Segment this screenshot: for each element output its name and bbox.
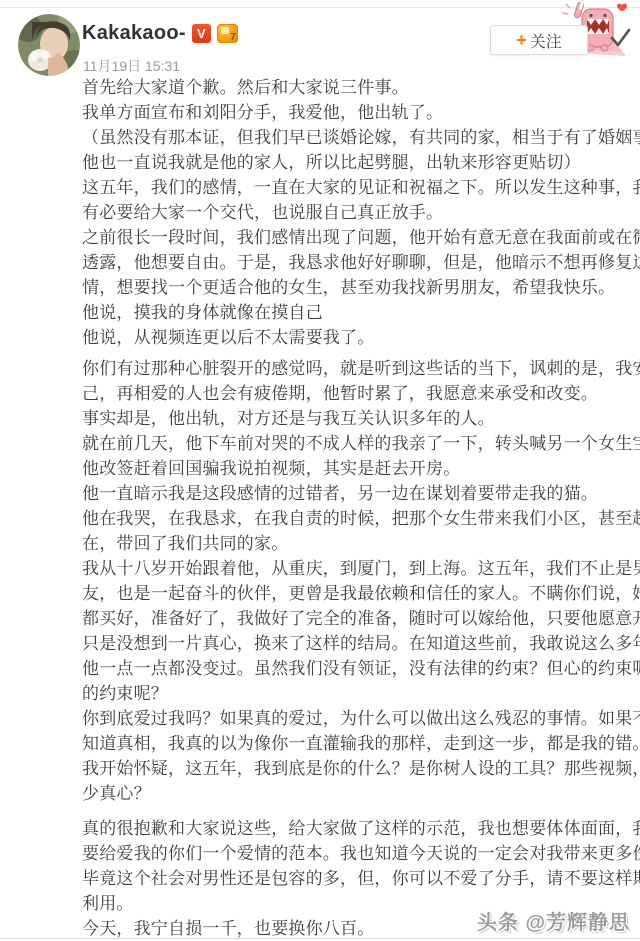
follow-button-label: 关注 [530,29,562,52]
follow-button[interactable]: + 关注 [490,25,588,55]
award-badge-icon: 7 [217,24,238,43]
post-content: 首先给大家道个歉。然后和大家说三件事。 我单方面宣布和刘阳分手，我爱他，他出轨了… [82,75,617,941]
post-text-line: 都买好，准备好了，我做好了完全的准备，随时可以嫁给他，只要他愿意开口。 [82,606,617,631]
post-text-line: 他在我哭，在我恳求，在我自责的时候，把那个女生带来我们小区，甚至趁我不 [82,506,617,531]
avatar[interactable] [18,14,80,76]
post-text-line: 我从十八岁开始跟着他，从重庆，到厦门，到上海。这五年，我们不止是男女朋 [82,556,617,581]
post-text-line: 之前很长一段时间，我们感情出现了问题，他开始有意无意在我面前或在微博上 [82,225,617,250]
follow-plus-icon: + [516,31,527,49]
post-text-line: 他改签赶着回国骗我说拍视频，其实是赶去开房。 [82,456,617,481]
post-text-line: 己，再相爱的人也会有疲倦期，他暂时累了，我愿意来承受和改变。 [82,381,617,406]
post-text-line: 情，想要找一个更适合他的女生，甚至劝我找新男朋友，希望我快乐。 [82,275,617,300]
post-text-line: 真的很抱歉和大家说这些，给大家做了这样的示范，我也想要体体面面，我也想 [82,816,617,841]
post-timestamp: 11月19日 15:31 [83,56,180,76]
bottom-divider [0,938,640,939]
post-text-line: 他说，摸我的身体就像在摸自己 [82,300,617,325]
post-text-line: 他说，从视频连更以后不太需要我了。 [82,325,617,350]
post-text-line: 毕竟这个社会对男性还是包容的多，但，你可以不爱了分手，请不要这样欺骗和 [82,866,617,891]
award-badge-number: 7 [230,32,236,43]
user-name-row: Kakakaoo- V 7 [82,22,238,45]
post-text-line: 要给爱我的你们一个爱情的范本。我也知道今天说的一定会对我带来更多伤害， [82,841,617,866]
username[interactable]: Kakakaoo- [82,22,186,45]
toutiao-watermark: 头条 @芳辉静思 [477,906,630,935]
avatar-photo [18,14,80,76]
post-text-line: 只是没想到一片真心，换来了这样的结局。在知道这些前，我敢说这么多年我对 [82,631,617,656]
post-text-line: 事实却是，他出轨，对方还是与我互关认识多年的人。 [82,406,617,431]
post-text-line: 有必要给大家一个交代，也说服自己真正放手。 [82,200,617,225]
verified-v-icon: V [192,24,211,43]
post-text-line: 他一直暗示我是这段感情的过错者，另一边在谋划着要带走我的猫。 [82,481,617,506]
post-text-line: 他一点一点都没变过。虽然我们没有领证，没有法律的约束？但心的约束呢，爱 [82,656,617,681]
post-text-line: 就在前几天，他下车前对哭的不成人样的我亲了一下，转头喊另一个女生宝宝。 [82,431,617,456]
weibo-post-screenshot: Kakakaoo- V 7 11月19日 15:31 + 关注 首先给大家道个歉… [0,0,640,941]
post-text-line: 首先给大家道个歉。然后和大家说三件事。 [82,75,617,100]
post-text-line: 我单方面宣布和刘阳分手，我爱他，他出轨了。 [82,100,617,125]
post-text-line: 他也一直说我就是他的家人，所以比起劈腿，出轨来形容更贴切） [82,150,617,175]
post-text-line: 你们有过那种心脏裂开的感觉吗，就是听到这些话的当下，讽刺的是，我安慰自 [82,356,617,381]
post-text-line: 少真心？ [82,781,617,806]
heart-icon [617,4,627,12]
post-text-line: 在，带回了我们共同的家。 [82,531,617,556]
post-text-line: 友，也是一起奋斗的伙伴，更曾是我最依赖和信任的家人。不瞒你们说，婚房我 [82,581,617,606]
post-text-line: 这五年，我们的感情，一直在大家的见证和祝福之下。所以发生这种事，我觉得 [82,175,617,200]
checkmark-icon [612,30,629,45]
post-text-line: （虽然没有那本证，但我们早已谈婚论嫁，有共同的家，相当于有了婚姻事实， [82,125,617,150]
post-text-line: 知道真相，我真的以为像你一直灌输我的那样，走到这一步，都是我的错。 [82,731,617,756]
post-text-line: 的约束呢？ [82,681,617,706]
post-paragraph: 首先给大家道个歉。然后和大家说三件事。 我单方面宣布和刘阳分手，我爱他，他出轨了… [82,75,617,350]
post-text-line: 我开始怀疑，这五年，我到底是你的什么？是你树人设的工具？那些视频，有多 [82,756,617,781]
post-paragraph: 你们有过那种心脏裂开的感觉吗，就是听到这些话的当下，讽刺的是，我安慰自 己，再相… [82,356,617,806]
post-text-line: 你到底爱过我吗？如果真的爱过，为什么可以做出这么残忍的事情。如果不被我 [82,706,617,731]
award-badge-shine [221,27,229,34]
post-text-line: 透露，他想要自由。于是，我恳求他好好聊聊，但是，他暗示不想再修复这段感 [82,250,617,275]
